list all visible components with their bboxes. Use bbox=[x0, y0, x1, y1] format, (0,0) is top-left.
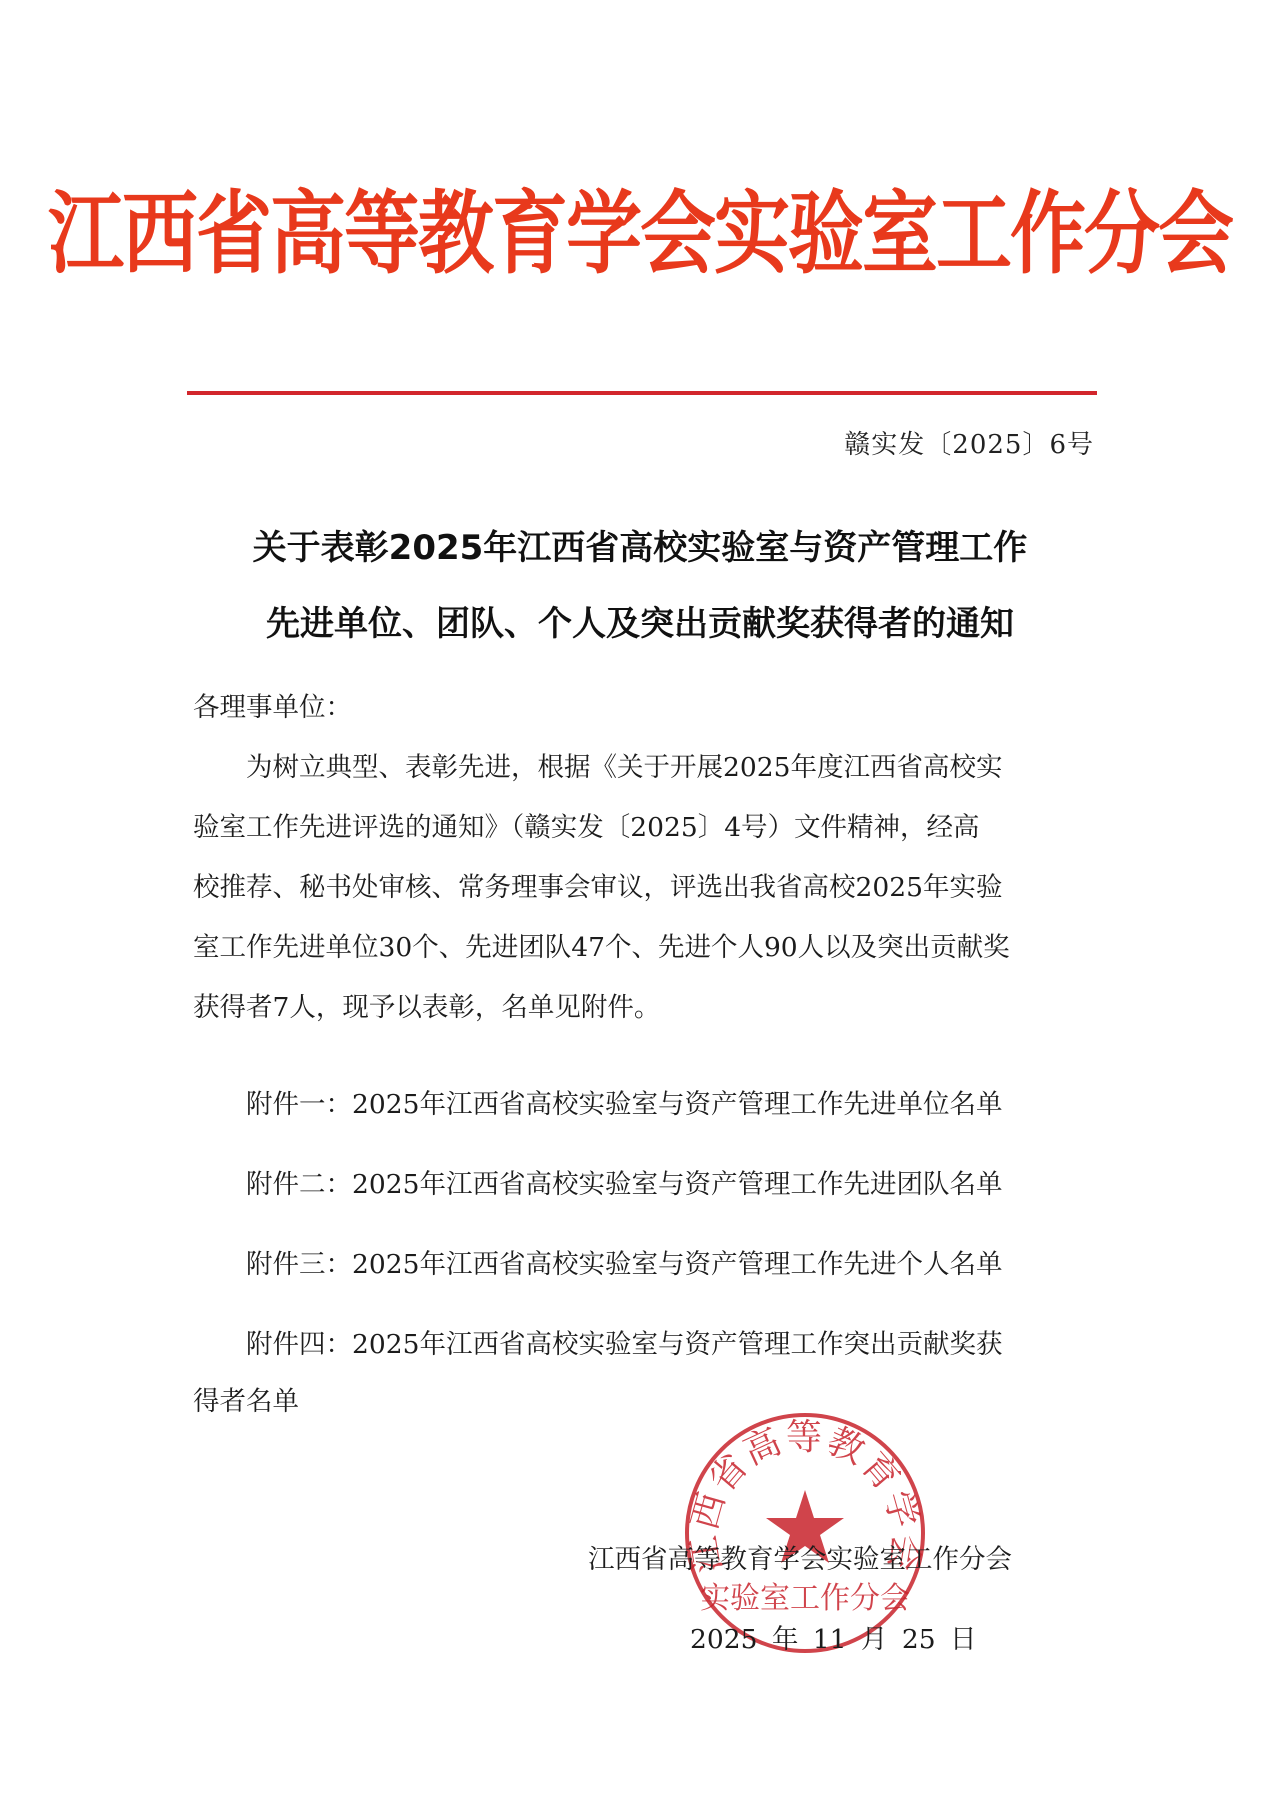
letterhead-org-name: 江西省高等教育学会实验室工作分会 bbox=[0, 175, 1280, 293]
body-paragraph-line: 验室工作先进评选的通知》（赣实发〔2025〕4号）文件精神，经高 bbox=[193, 798, 1093, 857]
issue-date: 2025 年 11 月 25 日 bbox=[690, 1617, 977, 1656]
signature-org-name: 江西省高等教育学会实验室工作分会 bbox=[588, 1537, 1012, 1576]
body-paragraph-line: 校推荐、秘书处审核、常务理事会审议，评选出我省高校2025年实验 bbox=[193, 858, 1093, 917]
salutation: 各理事单位： bbox=[193, 678, 1093, 737]
attachment-4: 附件四：2025年江西省高校实验室与资产管理工作突出贡献奖获 bbox=[193, 1315, 1093, 1374]
notice-title-line-1: 关于表彰2025年江西省高校实验室与资产管理工作 bbox=[0, 520, 1280, 569]
body-paragraph-line: 为树立典型、表彰先进，根据《关于开展2025年度江西省高校实 bbox=[193, 738, 1093, 797]
red-divider-rule bbox=[187, 391, 1097, 395]
svg-text:实验室工作分会: 实验室工作分会 bbox=[700, 1581, 910, 1616]
body-paragraph-line: 室工作先进单位30个、先进团队47个、先进个人90人以及突出贡献奖 bbox=[193, 918, 1093, 977]
attachment-3: 附件三：2025年江西省高校实验室与资产管理工作先进个人名单 bbox=[193, 1235, 1093, 1294]
attachment-1: 附件一：2025年江西省高校实验室与资产管理工作先进单位名单 bbox=[193, 1075, 1093, 1134]
notice-title-line-2: 先进单位、团队、个人及突出贡献奖获得者的通知 bbox=[0, 596, 1280, 645]
attachment-2: 附件二：2025年江西省高校实验室与资产管理工作先进团队名单 bbox=[193, 1155, 1093, 1214]
attachment-4-continued: 得者名单 bbox=[193, 1372, 1093, 1431]
document-number: 赣实发〔2025〕6号 bbox=[844, 424, 1094, 461]
body-paragraph-line: 获得者7人，现予以表彰，名单见附件。 bbox=[193, 978, 1093, 1037]
